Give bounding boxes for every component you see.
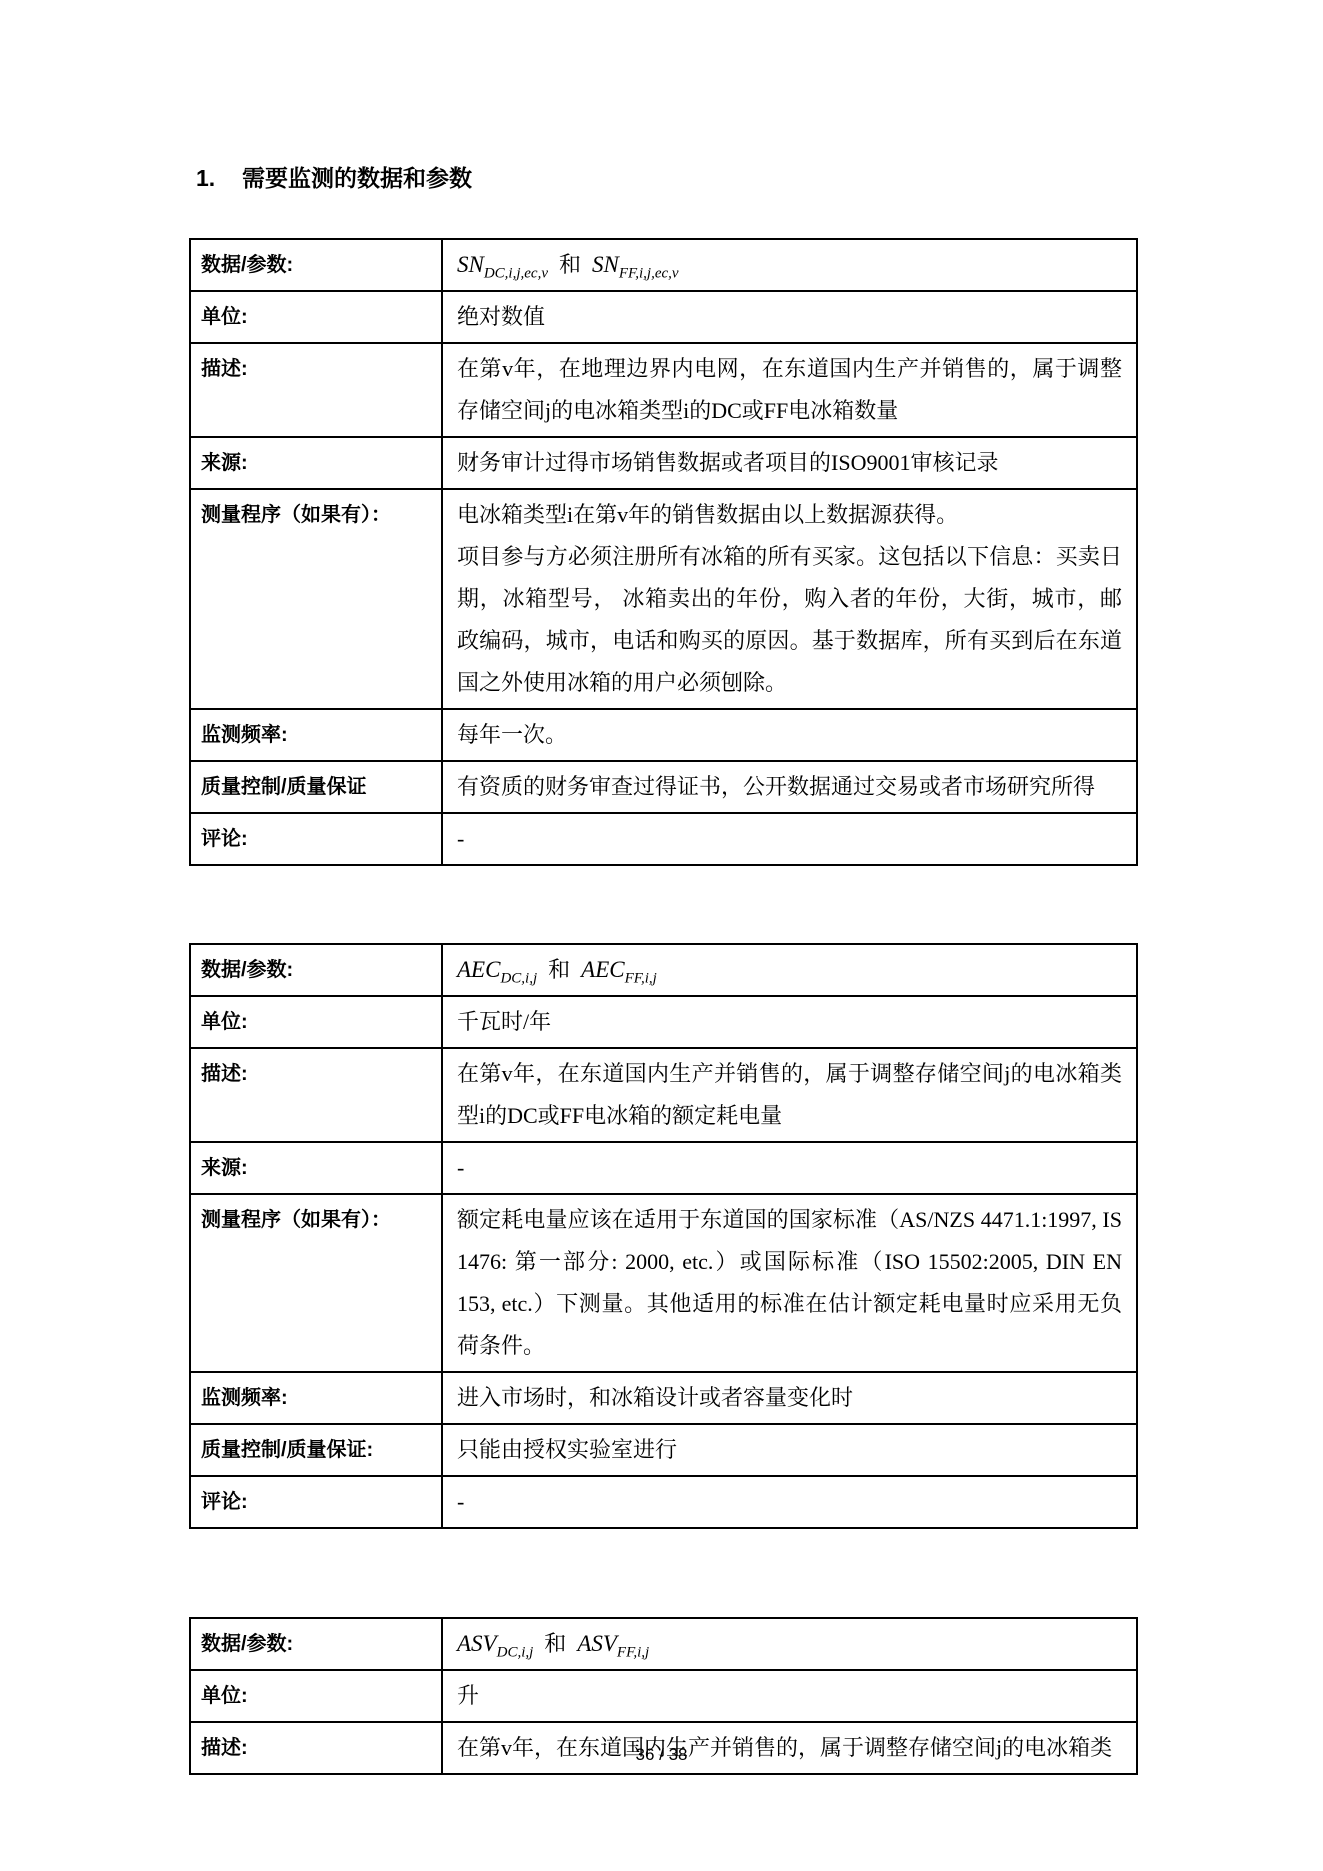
procedure-label: 测量程序（如果有）： [190,489,442,709]
parameter-label: 数据/参数: [190,1618,442,1670]
table-row: 监测频率: 每年一次。 [190,709,1137,761]
procedure-label: 测量程序（如果有）： [190,1194,442,1372]
source-label: 来源: [190,437,442,489]
unit-label: 单位: [190,996,442,1048]
procedure-value: 电冰箱类型i在第v年的销售数据由以上数据源获得。 项目参与方必须注册所有冰箱的所… [442,489,1137,709]
unit-label: 单位: [190,1670,442,1722]
document-page: 1. 需要监测的数据和参数 数据/参数: SNDC,i,j,ec,v和SNFF,… [0,0,1323,1871]
table-row: 来源: - [190,1142,1137,1194]
unit-label: 单位: [190,291,442,343]
table-row: 单位: 千瓦时/年 [190,996,1137,1048]
page-content: 1. 需要监测的数据和参数 数据/参数: SNDC,i,j,ec,v和SNFF,… [189,160,1138,1775]
conjunction-text: 和 [548,949,570,991]
monitoring-table-sn: 数据/参数: SNDC,i,j,ec,v和SNFF,i,j,ec,v 单位: 绝… [189,238,1138,866]
comment-value: - [442,813,1137,865]
conjunction-text: 和 [559,244,581,286]
parameter-value: ASVDC,i,j和ASVFF,i,j [442,1618,1137,1670]
table-row: 描述: 在第v年，在东道国内生产并销售的，属于调整存储空间j的电冰箱类型i的DC… [190,1048,1137,1142]
comment-label: 评论: [190,813,442,865]
section-title: 需要监测的数据和参数 [242,160,472,193]
frequency-label: 监测频率: [190,709,442,761]
table-row: 数据/参数: SNDC,i,j,ec,v和SNFF,i,j,ec,v [190,239,1137,291]
source-value: 财务审计过得市场销售数据或者项目的ISO9001审核记录 [442,437,1137,489]
table-row: 质量控制/质量保证: 只能由授权实验室进行 [190,1424,1137,1476]
parameter-value: AECDC,i,j和AECFF,i,j [442,944,1137,996]
table-row: 测量程序（如果有）： 电冰箱类型i在第v年的销售数据由以上数据源获得。 项目参与… [190,489,1137,709]
description-label: 描述: [190,1048,442,1142]
qa-qc-value: 只能由授权实验室进行 [442,1424,1137,1476]
table-row: 单位: 绝对数值 [190,291,1137,343]
unit-value: 绝对数值 [442,291,1137,343]
table-row: 测量程序（如果有）： 额定耗电量应该在适用于东道国的国家标准（AS/NZS 44… [190,1194,1137,1372]
page-number: 36 / 38 [0,1745,1323,1765]
source-value: - [442,1142,1137,1194]
qa-qc-label: 质量控制/质量保证: [190,1424,442,1476]
monitoring-table-aec: 数据/参数: AECDC,i,j和AECFF,i,j 单位: 千瓦时/年 描述:… [189,943,1138,1529]
table-row: 监测频率: 进入市场时，和冰箱设计或者容量变化时 [190,1372,1137,1424]
unit-value: 千瓦时/年 [442,996,1137,1048]
qa-qc-label: 质量控制/质量保证 [190,761,442,813]
frequency-label: 监测频率: [190,1372,442,1424]
comment-label: 评论: [190,1476,442,1528]
qa-qc-value: 有资质的财务审查过得证书，公开数据通过交易或者市场研究所得 [442,761,1137,813]
table-row: 评论: - [190,813,1137,865]
unit-value: 升 [442,1670,1137,1722]
table-row: 数据/参数: ASVDC,i,j和ASVFF,i,j [190,1618,1137,1670]
frequency-value: 每年一次。 [442,709,1137,761]
conjunction-text: 和 [544,1623,566,1665]
description-value: 在第v年，在地理边界内电网，在东道国内生产并销售的，属于调整存储空间j的电冰箱类… [442,343,1137,437]
parameter-label: 数据/参数: [190,944,442,996]
section-heading: 1. 需要监测的数据和参数 [196,160,1138,193]
frequency-value: 进入市场时，和冰箱设计或者容量变化时 [442,1372,1137,1424]
section-number: 1. [196,165,242,192]
table-row: 单位: 升 [190,1670,1137,1722]
procedure-value: 额定耗电量应该在适用于东道国的国家标准（AS/NZS 4471.1:1997, … [442,1194,1137,1372]
parameter-value: SNDC,i,j,ec,v和SNFF,i,j,ec,v [442,239,1137,291]
table-row: 评论: - [190,1476,1137,1528]
table-row: 描述: 在第v年，在地理边界内电网，在东道国内生产并销售的，属于调整存储空间j的… [190,343,1137,437]
parameter-label: 数据/参数: [190,239,442,291]
comment-value: - [442,1476,1137,1528]
table-row: 数据/参数: AECDC,i,j和AECFF,i,j [190,944,1137,996]
description-value: 在第v年，在东道国内生产并销售的，属于调整存储空间j的电冰箱类型i的DC或FF电… [442,1048,1137,1142]
parameter-formula: SNDC,i,j,ec,v和SNFF,i,j,ec,v [457,252,679,277]
table-row: 质量控制/质量保证 有资质的财务审查过得证书，公开数据通过交易或者市场研究所得 [190,761,1137,813]
source-label: 来源: [190,1142,442,1194]
table-row: 来源: 财务审计过得市场销售数据或者项目的ISO9001审核记录 [190,437,1137,489]
parameter-formula: ASVDC,i,j和ASVFF,i,j [457,1631,649,1656]
parameter-formula: AECDC,i,j和AECFF,i,j [457,957,657,982]
description-label: 描述: [190,343,442,437]
